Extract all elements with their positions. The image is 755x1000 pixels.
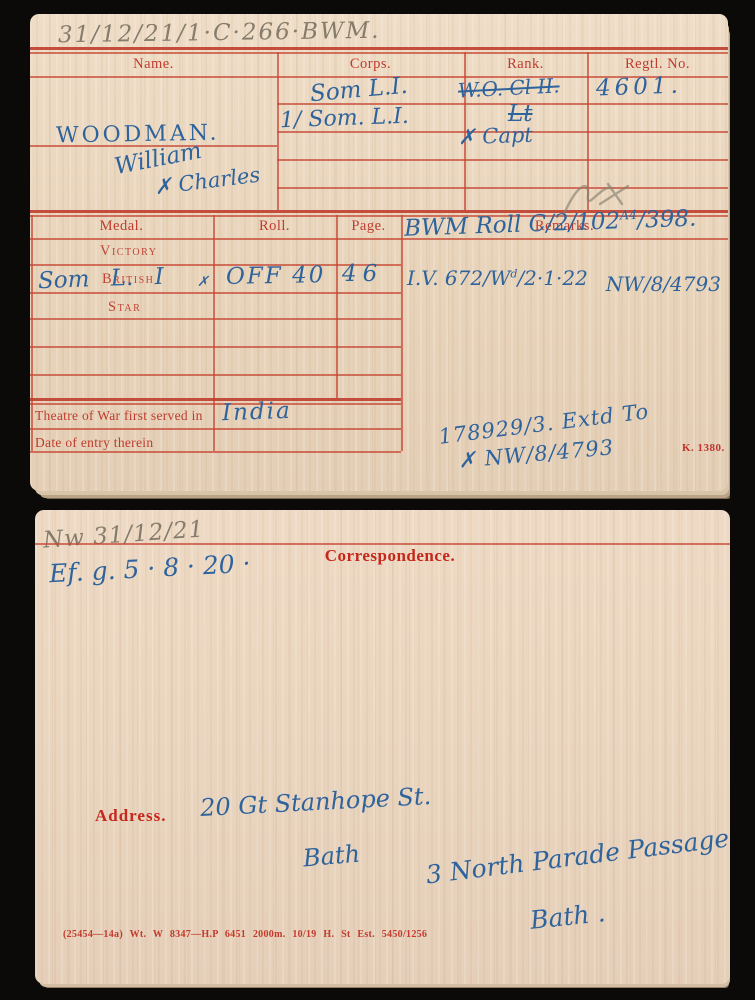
corps-entry-2: 1/ Som. L.I. — [280, 104, 410, 133]
remarks-entry-2-main: I.V. 672/W — [407, 266, 510, 290]
remarks-entry-1: BWM Roll C/2/102A4/398. — [404, 205, 697, 242]
column-divider — [401, 215, 403, 451]
rule-line — [30, 374, 401, 376]
table-left-border — [31, 215, 33, 451]
pencil-reference-note: 31/12/21/1·C·266·BWM. — [58, 18, 381, 49]
rule-line — [30, 428, 401, 430]
column-divider — [336, 215, 338, 398]
rule-line — [277, 159, 728, 161]
page-entry: 46 — [342, 261, 383, 287]
rule-line — [30, 403, 401, 405]
medal-check-mark: ✗ — [197, 274, 209, 290]
remarks-entry-1-end: /398. — [637, 206, 697, 234]
remarks-entry-1-main: BWM Roll C/2/102 — [404, 208, 621, 242]
remarks-entry-2: I.V. 672/Wd/2·1·22NW/8/4793 — [407, 266, 721, 290]
rank-entry-1: W.O. Cl II. — [457, 73, 560, 102]
address-line-3: 3 North Parade Passage — [424, 824, 730, 890]
remarks-entry-1-superscript: A4 — [620, 207, 638, 223]
medal-row-star: Star — [108, 299, 141, 316]
regtl-no-column-header: Regtl. No. — [587, 56, 728, 73]
remarks-entry-2-date: /2·1·22 — [517, 266, 587, 290]
address-label: Address. — [95, 806, 166, 826]
medal-row-victory: Victory — [100, 243, 157, 260]
form-code-stamp: K. 1380. — [682, 442, 725, 454]
regtl-no-entry: 4601. — [596, 73, 683, 102]
correspondence-card: Nw 31/12/21 Correspondence. Ef. g. 5 · 8… — [35, 510, 730, 984]
rule-line — [30, 398, 401, 401]
medal-column-header: Medal. — [30, 218, 213, 235]
rule-line — [30, 318, 401, 320]
rule-line — [30, 346, 401, 348]
date-of-entry-label: Date of entry therein — [35, 435, 153, 451]
rule-line — [30, 47, 728, 50]
rule-line — [277, 187, 728, 189]
column-divider — [277, 52, 279, 210]
address-line-2: Bath — [302, 840, 361, 873]
column-divider — [213, 215, 215, 451]
rule-line — [30, 451, 401, 453]
medal-index-card: 31/12/21/1·C·266·BWM. Name. Corps. Rank.… — [30, 14, 728, 491]
corps-entry-1: Som L.I. — [309, 73, 409, 107]
page-column-header: Page. — [336, 218, 401, 235]
rule-line — [30, 238, 728, 240]
correspondence-title: Correspondence. — [285, 546, 495, 566]
corps-column-header: Corps. — [277, 56, 464, 73]
correspondence-ink-note: Ef. g. 5 · 8 · 20 · — [48, 549, 251, 589]
printer-imprint-line: (25454—14a) Wt. W 8347—H.P 6451 2000m. 1… — [63, 929, 427, 940]
rank-entry-3: ✗ Capt — [458, 123, 534, 150]
theatre-of-war-label: Theatre of War first served in — [35, 408, 203, 424]
remarks-entry-2-ref: NW/8/4793 — [606, 272, 721, 296]
roll-entry: OFF 40 — [226, 262, 326, 290]
pencil-date-note: Nw 31/12/21 — [42, 516, 205, 553]
medal-overlay-entry: Som L. I — [38, 264, 165, 294]
name-column-header: Name. — [30, 56, 277, 73]
address-line-4: Bath . — [529, 898, 607, 935]
rule-line — [30, 52, 728, 54]
theatre-of-war-entry: India — [222, 398, 293, 426]
address-line-1: 20 Gt Stanhope St. — [199, 782, 431, 822]
roll-column-header: Roll. — [213, 218, 336, 235]
rank-column-header: Rank. — [464, 56, 587, 73]
